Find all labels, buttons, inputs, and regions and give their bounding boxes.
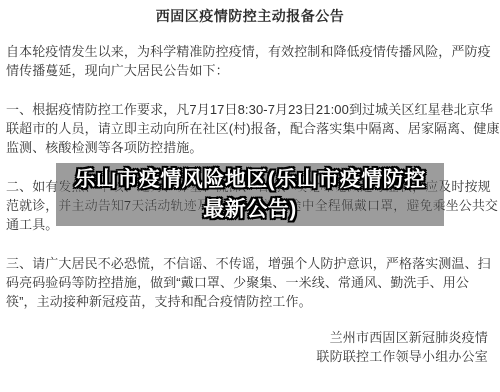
signature-block: 兰州市西固区新冠肺炎疫情联防联控工作领导小组办公室 bbox=[6, 328, 488, 366]
text-line: 兰州市西固区新冠肺炎疫情 bbox=[6, 328, 488, 347]
text-line: 筷”，主动接种新冠疫苗，支持和配合疫情防控工作。 bbox=[6, 292, 494, 311]
paragraph: 三、请广大居民不必恐慌，不信谣、不传谣，增强个人防护意识，严格落实测温、扫码亮码… bbox=[6, 254, 494, 311]
text-line: 自本轮疫情发生以来，为科学精准防控疫情，有效控制和降低疫情传播风险，严防疫 bbox=[6, 42, 494, 61]
text-line: 情传播蔓延，现向广大居民公告如下： bbox=[6, 61, 494, 80]
text-line: 乐山市疫情风险地区(乐山市疫情防控 bbox=[56, 165, 444, 195]
text-line: 码亮码验码等防控措施，做到“戴口罩、少聚集、一米线、常通风、勤洗手、用公 bbox=[6, 273, 494, 292]
notice-title: 西固区疫情防控主动报备公告 bbox=[0, 0, 500, 25]
paragraph: 自本轮疫情发生以来，为科学精准防控疫情，有效控制和降低疫情传播风险，严防疫情传播… bbox=[6, 42, 494, 80]
notice-page: 西固区疫情防控主动报备公告 自本轮疫情发生以来，为科学精准防控疫情，有效控制和降… bbox=[0, 0, 500, 392]
text-line: 监测、核酸检测等各项防控措施。 bbox=[6, 138, 494, 157]
watermark-text: 乐山市疫情风险地区(乐山市疫情防控最新公告) bbox=[56, 163, 444, 225]
text-line: 联防联控工作领导小组办公室 bbox=[6, 347, 488, 366]
text-line: 三、请广大居民不必恐慌，不信谣、不传谣，增强个人防护意识，严格落实测温、扫 bbox=[6, 254, 494, 273]
text-line: 联超市的人员，请立即主动向所在社区(村)报备，配合落实集中隔离、居家隔离、健康 bbox=[6, 119, 494, 138]
paragraph: 一、根据疫情防控工作要求，凡7月17日8:30-7月23日21:00到过城关区红… bbox=[6, 100, 494, 157]
text-line: 一、根据疫情防控工作要求，凡7月17日8:30-7月23日21:00到过城关区红… bbox=[6, 100, 494, 119]
watermark-overlay: 乐山市疫情风险地区(乐山市疫情防控最新公告) bbox=[56, 163, 444, 226]
text-line: 最新公告) bbox=[56, 195, 444, 225]
